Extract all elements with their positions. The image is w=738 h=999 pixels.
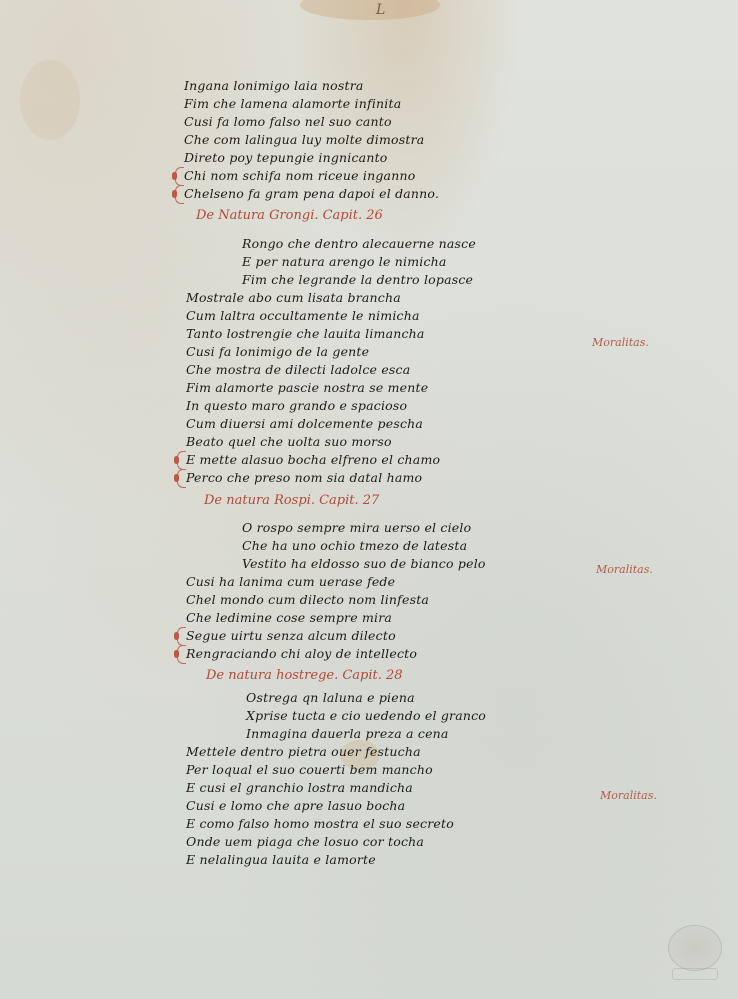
rubric-pilcrow-icon (177, 469, 186, 488)
margin-note-moralitas: Moralitas. (600, 789, 657, 802)
verse-line: Perco che preso nom sia datal hamo (186, 470, 422, 485)
verse-line: Fim che lamena alamorte infinita (184, 96, 401, 111)
chapter-heading: De natura Rospi. Capit. 27 (204, 493, 379, 508)
water-stain (20, 60, 80, 140)
folio-mark: L (376, 2, 385, 18)
verse-line: Cusi ha lanima cum uerase fede (186, 574, 395, 589)
verse-line: E per natura arengo le nimicha (242, 254, 447, 269)
verse-line: Cum diuersi ami dolcemente pescha (186, 416, 423, 431)
verse-line: Cusi fa lomo falso nel suo canto (184, 114, 392, 129)
verse-line: Direto poy tepungie ingnicanto (184, 150, 388, 165)
rubric-pilcrow-icon (177, 645, 186, 664)
verse-line: E mette alasuo bocha elfreno el chamo (186, 452, 440, 467)
verse-line: Mostrale abo cum lisata brancha (186, 290, 401, 305)
verse-line: Chelseno fa gram pena dapoi el danno. (184, 186, 439, 201)
verse-line: Mettele dentro pietra ouer festucha (186, 744, 421, 759)
verse-line: Chel mondo cum dilecto nom linfesta (186, 592, 429, 607)
verse-line: E nelalingua lauita e lamorte (186, 852, 376, 867)
verse-line: Xprise tucta e cio uedendo el granco (246, 708, 486, 723)
rubric-pilcrow-icon (175, 185, 184, 204)
verse-line: Tanto lostrengie che lauita limancha (186, 326, 425, 341)
rubric-pilcrow-icon (175, 167, 184, 186)
verse-line: Che mostra de dilecti ladolce esca (186, 362, 410, 377)
library-stamp-icon (668, 925, 722, 971)
verse-line: Segue uirtu senza alcum dilecto (186, 628, 396, 643)
verse-line: Cusi e lomo che apre lasuo bocha (186, 798, 405, 813)
verse-line: Fim che legrande la dentro lopasce (242, 272, 473, 287)
verse-line: Fim alamorte pascie nostra se mente (186, 380, 428, 395)
verse-line: Onde uem piaga che losuo cor tocha (186, 834, 424, 849)
margin-note-moralitas: Moralitas. (596, 563, 653, 576)
verse-line: Inmagina dauerla preza a cena (246, 726, 449, 741)
verse-line: Cum laltra occultamente le nimicha (186, 308, 420, 323)
verse-line: E cusi el granchio lostra mandicha (186, 780, 413, 795)
verse-line: Vestito ha eldosso suo de bianco pelo (242, 556, 486, 571)
margin-note-moralitas: Moralitas. (592, 336, 649, 349)
verse-line: Chi nom schifa nom riceue inganno (184, 168, 415, 183)
verse-line: E como falso homo mostra el suo secreto (186, 816, 454, 831)
verse-line: Che com lalingua luy molte dimostra (184, 132, 424, 147)
rubric-pilcrow-icon (177, 627, 186, 646)
chapter-heading: De natura hostrege. Capit. 28 (206, 668, 403, 683)
verse-line: In questo maro grando e spacioso (186, 398, 407, 413)
verse-line: Che ledimine cose sempre mira (186, 610, 392, 625)
verse-line: Rongo che dentro alecauerne nasce (242, 236, 476, 251)
verse-line: Per loqual el suo couerti bem mancho (186, 762, 433, 777)
verse-line: Ostrega qn laluna e piena (246, 690, 415, 705)
manuscript-page: L Ingana lonimigo laia nostraFim che lam… (0, 0, 738, 999)
verse-line: Che ha uno ochio tmezo de latesta (242, 538, 467, 553)
verse-line: Rengraciando chi aloy de intellecto (186, 646, 417, 661)
verse-line: Beato quel che uolta suo morso (186, 434, 392, 449)
water-stain (300, 0, 440, 20)
verse-line: Ingana lonimigo laia nostra (184, 78, 364, 93)
verse-line: O rospo sempre mira uerso el cielo (242, 520, 471, 535)
chapter-heading: De Natura Grongi. Capit. 26 (196, 208, 383, 223)
rubric-pilcrow-icon (177, 451, 186, 470)
verse-line: Cusi fa lonimigo de la gente (186, 344, 369, 359)
library-stamp-banner (672, 968, 718, 980)
